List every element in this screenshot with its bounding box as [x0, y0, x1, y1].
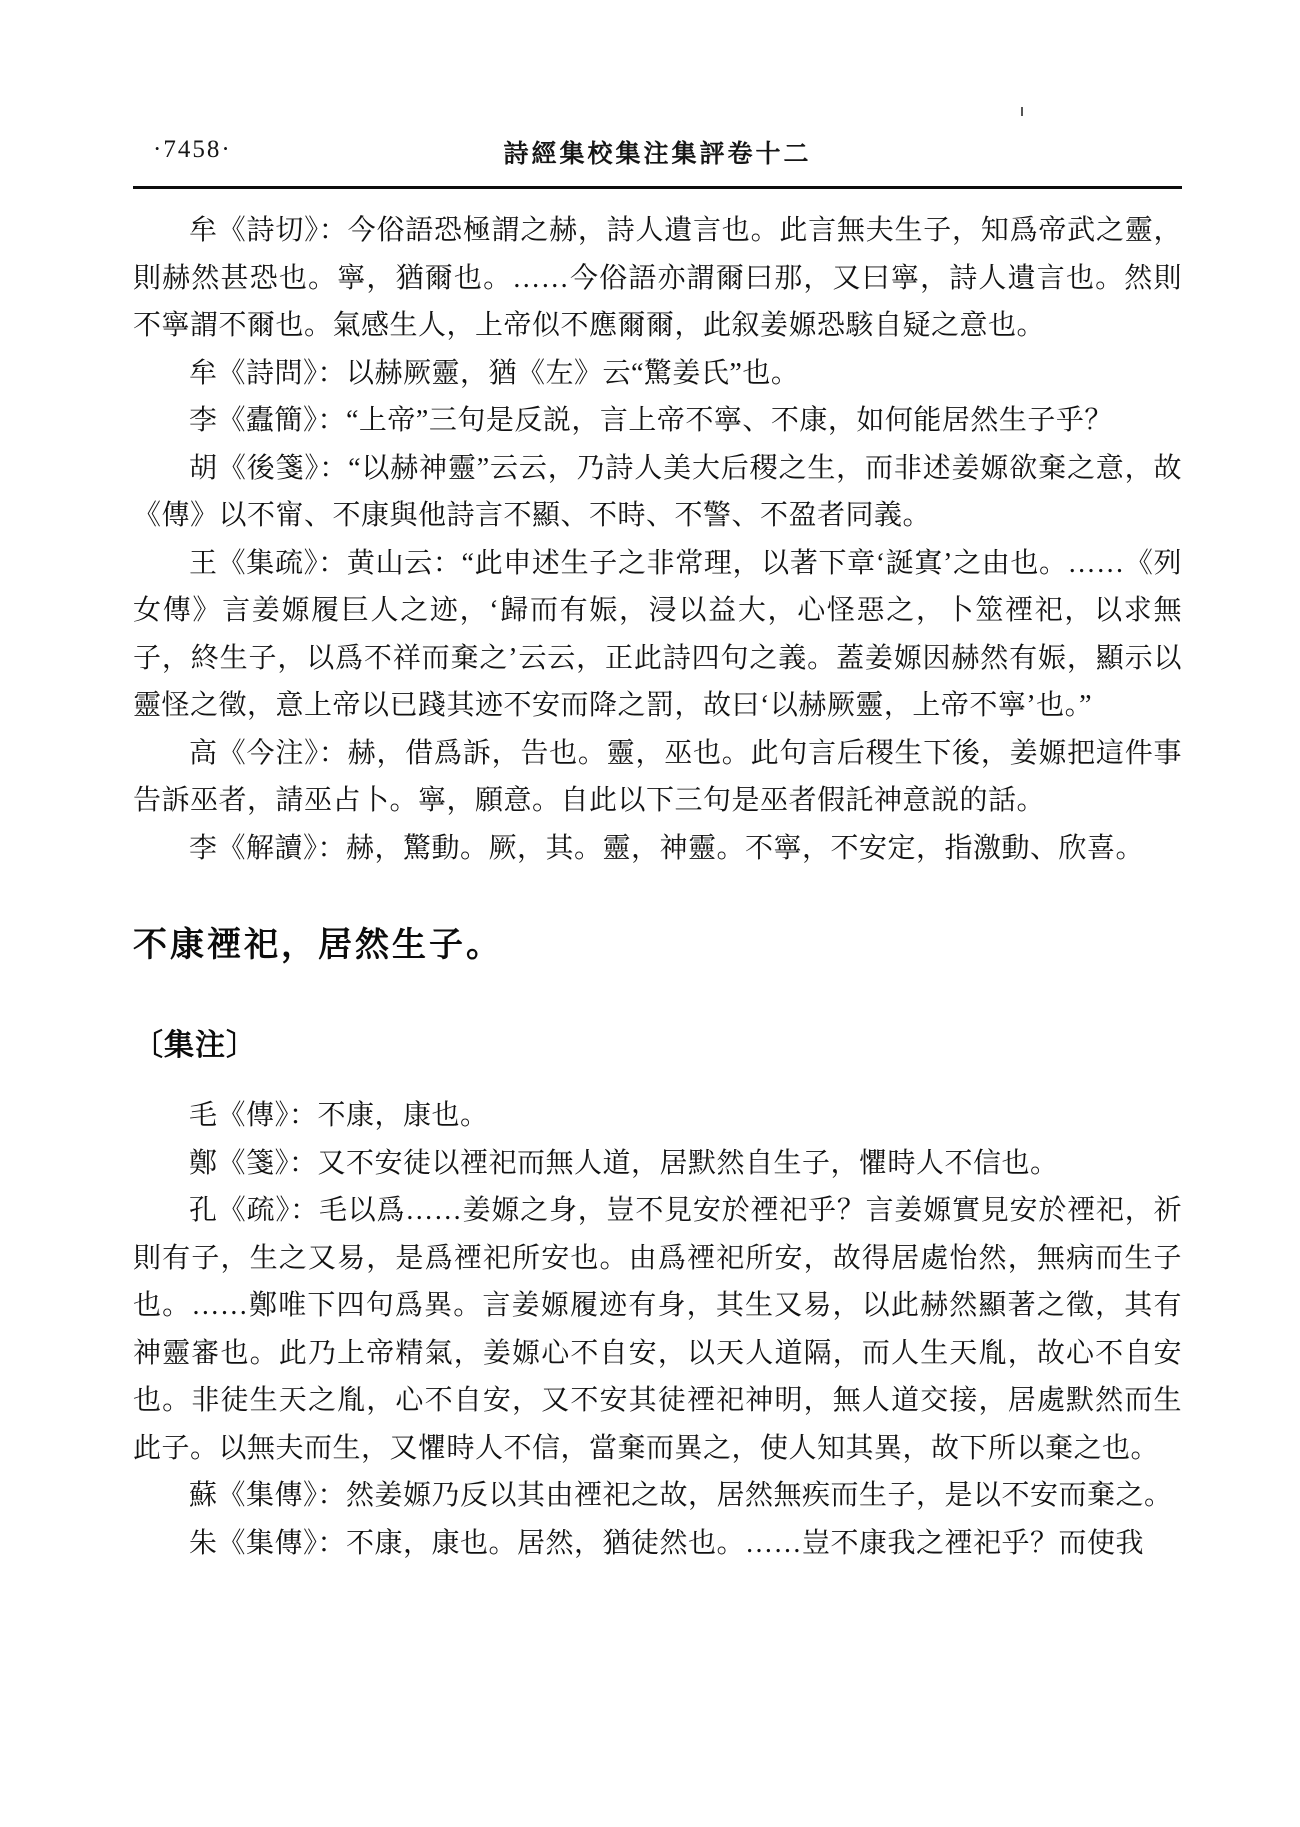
- commentary-paragraph-li-dujian: 李《蠹簡》：“上帝”三句是反説，言上帝不寧、不康，如何能居然生子乎？: [133, 397, 1182, 445]
- upper-commentary-block: 牟《詩切》：今俗語恐極謂之赫，詩人遺言也。此言無夫生子，知爲帝武之靈，則赫然甚恐…: [133, 207, 1182, 872]
- commentary-paragraph-gao-jinzhu: 高《今注》：赫，借爲訴，告也。靈，巫也。此句言后稷生下後，姜嫄把這件事告訴巫者，…: [133, 730, 1182, 825]
- page-content: ·7458· 詩經集校集注集評卷十二 牟《詩切》：今俗語恐極謂之赫，詩人遺言也。…: [133, 0, 1182, 1567]
- chapter-title: 詩經集校集注集評卷十二: [133, 134, 1182, 170]
- header-divider: [133, 186, 1182, 189]
- commentary-paragraph-mao-zhuan: 毛《傳》：不康，康也。: [133, 1092, 1182, 1140]
- verse-heading: 不康禋祀，居然生子。: [133, 924, 1182, 968]
- section-label-jizhu: 〔集注〕: [133, 1026, 1182, 1066]
- lower-commentary-block: 毛《傳》：不康，康也。 鄭《箋》：又不安徒以禋祀而無人道，居默然自生子，懼時人不…: [133, 1092, 1182, 1567]
- commentary-paragraph-li-jiedu: 李《解讀》：赫，驚動。厥，其。靈，神靈。不寧，不安定，指激動、欣喜。: [133, 825, 1182, 873]
- commentary-paragraph-zheng-jian: 鄭《箋》：又不安徒以禋祀而無人道，居默然自生子，懼時人不信也。: [133, 1140, 1182, 1188]
- commentary-paragraph-wang-jishu: 王《集疏》：黄山云：“此申述生子之非常理，以著下章‘誕寘’之由也。……《列女傳》…: [133, 540, 1182, 730]
- running-header: ·7458· 詩經集校集注集評卷十二: [133, 132, 1182, 172]
- commentary-paragraph-mou-shiqie: 牟《詩切》：今俗語恐極謂之赫，詩人遺言也。此言無夫生子，知爲帝武之靈，則赫然甚恐…: [133, 207, 1182, 350]
- commentary-paragraph-kong-shu: 孔《疏》：毛以爲……姜嫄之身，豈不見安於禋祀乎？言姜嫄實見安於禋祀，祈則有子，生…: [133, 1187, 1182, 1472]
- commentary-paragraph-zhu-jizhuan: 朱《集傳》：不康，康也。居然，猶徒然也。……豈不康我之禋祀乎？而使我: [133, 1520, 1182, 1568]
- scanned-book-page: { "header": { "page_number": "·7458·", "…: [0, 0, 1300, 1827]
- commentary-paragraph-su-jizhuan: 蘇《集傳》：然姜嫄乃反以其由禋祀之故，居然無疾而生子，是以不安而棄之。: [133, 1472, 1182, 1520]
- commentary-paragraph-hu-houjian: 胡《後箋》：“以赫神靈”云云，乃詩人美大后稷之生，而非述姜嫄欲棄之意，故《傳》以…: [133, 445, 1182, 540]
- commentary-paragraph-mou-shiwen: 牟《詩問》：以赫厥靈，猶《左》云“驚姜氏”也。: [133, 350, 1182, 398]
